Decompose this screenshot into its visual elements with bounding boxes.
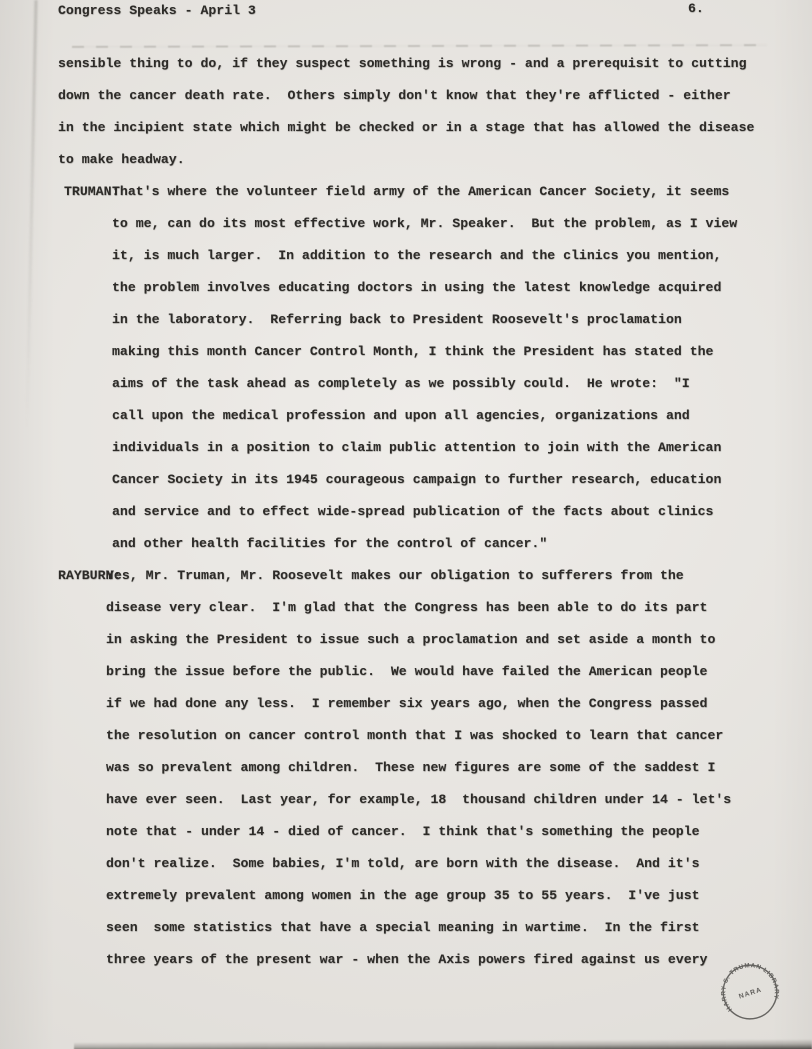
- document-title: Congress Speaks - April 3: [58, 3, 256, 18]
- speech-truman: TRUMAN: That's where the volunteer field…: [58, 176, 782, 560]
- speech-rayburn-text: Yes, Mr. Truman, Mr. Roosevelt makes our…: [106, 560, 782, 976]
- speech-rayburn: RAYBURN: Yes, Mr. Truman, Mr. Roosevelt …: [58, 560, 782, 976]
- svg-text:HARRY S. TRUMAN LIBRARY: HARRY S. TRUMAN LIBRARY: [714, 956, 783, 1014]
- speech-truman-text: That's where the volunteer field army of…: [112, 176, 782, 560]
- stamp-ring-text: HARRY S. TRUMAN LIBRARY: [714, 956, 783, 1014]
- scan-edge-shadow: [74, 1039, 812, 1049]
- page-number: 6.: [688, 1, 704, 16]
- speaker-label-rayburn: RAYBURN:: [58, 560, 121, 592]
- stamp-center-text: NARA: [738, 987, 763, 1001]
- transcript-body: sensible thing to do, if they suspect so…: [58, 48, 782, 976]
- paper-crease-left: [25, 0, 37, 430]
- paragraph-continuation: sensible thing to do, if they suspect so…: [58, 48, 782, 176]
- document-page: Congress Speaks - April 3 6. sensible th…: [0, 0, 812, 1049]
- speaker-label-truman: TRUMAN:: [64, 176, 119, 208]
